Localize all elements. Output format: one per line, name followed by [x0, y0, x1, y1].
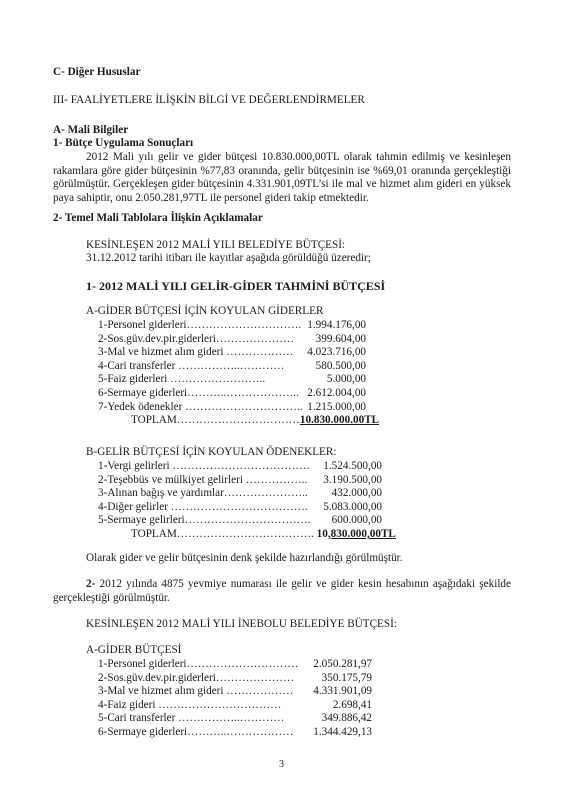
- kesinlesen-note: 31.12.2012 tarihi itibarı ile kayıtlar a…: [86, 252, 371, 264]
- row-label: 4-Faiz gideri ……………………………: [98, 699, 281, 713]
- table-row: 1-Vergi gelirleri ……………………………….1.524.500…: [98, 460, 382, 474]
- table-row: 2-Sos.güv.dev.pir.giderleri…………………399.60…: [98, 333, 366, 347]
- row-label: 1-Vergi gelirleri ……………………………….: [98, 460, 309, 474]
- row-value: 1.344.429,13: [311, 726, 372, 740]
- total-label: TOPLAM……………………………….: [131, 528, 317, 540]
- row-value: 2.612.004,00: [305, 387, 366, 401]
- row-label: 2-Sos.güv.dev.pir.giderleri…………………: [98, 333, 294, 347]
- row-label: 6-Sermaye giderleri………..………………: [98, 726, 293, 740]
- kesinlesen-inebolu-title: KESİNLEŞEN 2012 MALİ YILI İNEBOLU BELEDİ…: [86, 618, 397, 630]
- row-value: 432.000,00: [330, 487, 382, 501]
- kesinlesen-title: KESİNLEŞEN 2012 MALİ YILI BELEDİYE BÜTÇE…: [86, 239, 345, 251]
- row-label: 5-Faiz giderleri ……………………..: [98, 373, 265, 387]
- total-value: 10.830.000.00TL: [300, 414, 379, 426]
- total-row: TOPLAM……………………………10.830.000.00TL: [131, 414, 379, 428]
- table-row: 4-Diğer gelirler ……………………………….5.083.000,…: [98, 501, 382, 515]
- total-row: TOPLAM………………………………. 10,830.000,00TL: [131, 528, 396, 542]
- paragraph-number: 2-: [86, 578, 95, 590]
- table-row: 6-Sermaye giderleri………..………………..2.612.00…: [98, 387, 366, 401]
- table-row: 2-Teşebbüs ve mülkiyet gelirleri ……………..…: [98, 474, 382, 488]
- table-row: 6-Sermaye giderleri………..………………1.344.429,…: [98, 726, 372, 740]
- row-value: 4.023.716,00: [305, 346, 366, 360]
- denk-note: Olarak gider ve gelir bütçesinin denk şe…: [86, 552, 403, 564]
- table-row: 7-Yedek ödenekler …………………………..1.215.000,…: [98, 401, 366, 415]
- row-label: 5-Sermaye gelirleri…………………………….: [98, 514, 311, 528]
- paragraph-text: 2012 Mali yılı gelir ve gider bütçesi 10…: [53, 151, 511, 204]
- row-label: 1-Personel giderleri…………………………: [98, 658, 298, 672]
- row-label: 3-Alınan bağış ve yardımlar…………………..: [98, 487, 308, 501]
- gider-butcesi-title: A-GİDER BÜTÇESİ: [86, 644, 181, 656]
- heading-mali-bilgiler: A- Mali Bilgiler: [53, 124, 128, 136]
- total-value-prefix: 10,: [317, 528, 331, 540]
- gelir-table-title: B-GELİR BÜTÇESİ İÇİN KOYULAN ÖDENEKLER:: [86, 446, 336, 458]
- row-value: 2.698,41: [331, 699, 372, 713]
- heading-diger-hususlar: C- Diğer Hususlar: [53, 66, 140, 78]
- row-value: 1.994.176,00: [305, 319, 366, 333]
- row-value: 1.215.000,00: [305, 401, 366, 415]
- table-row: 5-Faiz giderleri ……………………..5.000,00: [98, 373, 366, 387]
- heading-faaliyetler: III- FAALİYETLERE İLİŞKİN BİLGİ VE DEĞER…: [53, 94, 365, 106]
- table-row: 4-Cari transferler ……………..…………580.500,00: [98, 360, 366, 374]
- table-row: 3-Mal ve hizmet alım gideri ………………4.331.…: [98, 685, 372, 699]
- paragraph-butce-ozet: 2012 Mali yılı gelir ve gider bütçesi 10…: [53, 151, 511, 205]
- tahmini-butce-title: 1- 2012 MALİ YILI GELİR-GİDER TAHMİNİ BÜ…: [86, 279, 385, 294]
- row-label: 6-Sermaye giderleri………..………………..: [98, 387, 299, 401]
- row-value: 1.524.500,00: [321, 460, 382, 474]
- row-label: 2-Sos.güv.dev.pir.giderleri…………………: [98, 672, 294, 686]
- row-value: 349.886,42: [320, 712, 372, 726]
- row-label: 3-Mal ve hizmet alım gideri ………………: [98, 346, 293, 360]
- table-row: 3-Mal ve hizmet alım gideri ………………4.023.…: [98, 346, 366, 360]
- page-number: 3: [279, 759, 284, 770]
- paragraph-kesin-hesap: 2- 2012 yılında 4875 yevmiye numarası il…: [53, 578, 511, 605]
- total-label: TOPLAM……………………………: [131, 414, 300, 426]
- row-label: 1-Personel giderleri………………………….: [98, 319, 301, 333]
- row-value: 4.331.901,09: [311, 685, 372, 699]
- gider-table-title: A-GİDER BÜTÇESİ İÇİN KOYULAN GİDERLER: [86, 305, 323, 317]
- row-label: 3-Mal ve hizmet alım gideri ………………: [98, 685, 293, 699]
- table-row: 4-Faiz gideri ……………………………2.698,41: [98, 699, 372, 713]
- row-value: 2.050.281,97: [311, 658, 372, 672]
- table-row: 3-Alınan bağış ve yardımlar…………………..432.…: [98, 487, 382, 501]
- row-label: 4-Diğer gelirler ……………………………….: [98, 501, 308, 515]
- table-row: 5-Cari transferler ……………..…………349.886,42: [98, 712, 372, 726]
- row-value: 5.000,00: [325, 373, 366, 387]
- heading-temel-mali-tablolar: 2- Temel Mali Tablolara İlişkin Açıklama…: [53, 212, 263, 224]
- row-label: 4-Cari transferler ……………..…………: [98, 360, 284, 374]
- row-value: 399.604,00: [314, 333, 366, 347]
- row-value: 600.000,00: [330, 514, 382, 528]
- table-row: 1-Personel giderleri…………………………2.050.281,…: [98, 658, 372, 672]
- total-value: 830.000,00TL: [331, 528, 396, 540]
- row-label: 2-Teşebbüs ve mülkiyet gelirleri ……………..: [98, 474, 307, 488]
- row-value: 5.083.000,00: [321, 501, 382, 515]
- table-row: 1-Personel giderleri………………………….1.994.176…: [98, 319, 366, 333]
- table-row: 5-Sermaye gelirleri…………………………….600.000,0…: [98, 514, 382, 528]
- row-value: 580.500,00: [314, 360, 366, 374]
- paragraph-text: 2012 yılında 4875 yevmiye numarası ile g…: [53, 578, 511, 604]
- row-label: 7-Yedek ödenekler …………………………..: [98, 401, 303, 415]
- row-value: 3.190.500,00: [321, 474, 382, 488]
- table-row: 2-Sos.güv.dev.pir.giderleri…………………350.17…: [98, 672, 372, 686]
- heading-butce-uygulama: 1- Bütçe Uygulama Sonuçları: [53, 137, 193, 149]
- row-value: 350.175,79: [320, 672, 372, 686]
- row-label: 5-Cari transferler ……………..…………: [98, 712, 284, 726]
